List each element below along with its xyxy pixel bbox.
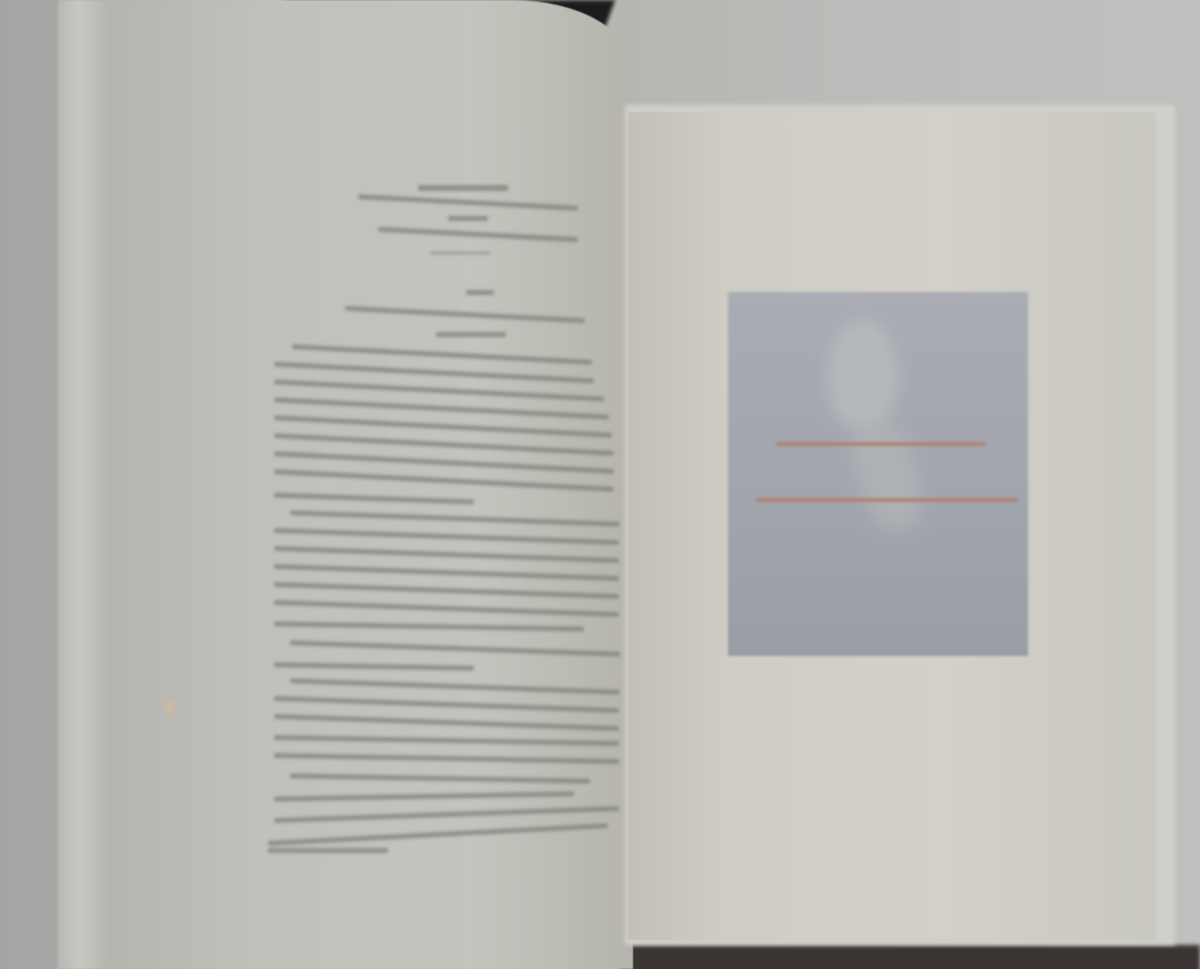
- book-cover-edge: [58, 0, 110, 969]
- portrait-plate: [728, 292, 1028, 656]
- plate-caption-line-2: [756, 498, 1018, 502]
- foxing-spot: [165, 700, 175, 714]
- portrait-beard: [842, 415, 933, 538]
- plate-caption-line-1: [776, 442, 986, 446]
- portrait-head: [828, 320, 898, 430]
- table-edge: [620, 945, 1200, 969]
